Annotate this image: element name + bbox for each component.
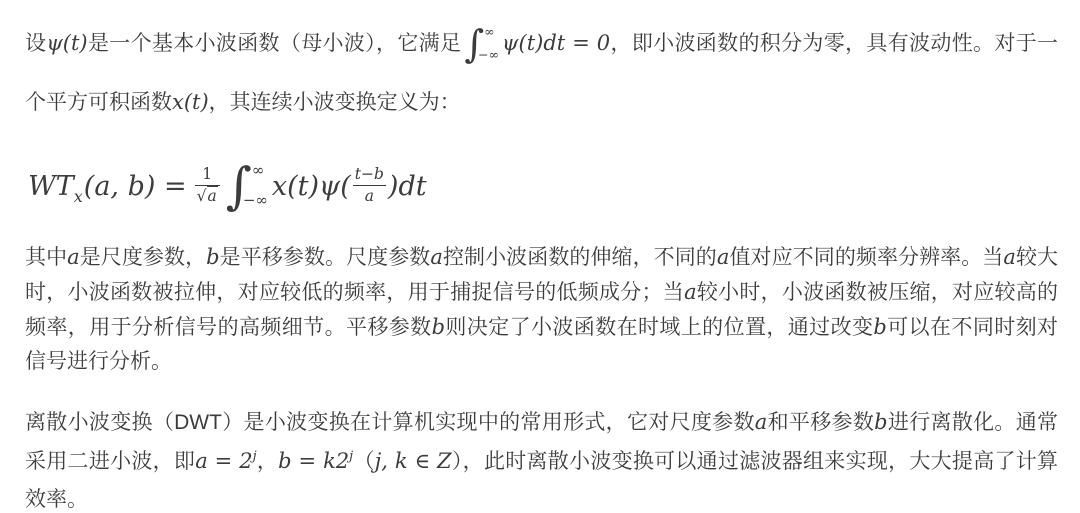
- document-page: 设ψ(t)是一个基本小波函数（母小波），它满足∫∞−∞ψ(t)dt = 0，即小…: [0, 0, 1080, 513]
- text-run: 是平移参数。尺度参数: [220, 246, 431, 269]
- math-run: a: [684, 280, 697, 304]
- formula-lhs-subscript: x: [74, 189, 83, 205]
- integral-lower-limit: −∞: [478, 49, 499, 62]
- formula-args: (a, b) =: [84, 173, 187, 200]
- fraction-bar: [353, 185, 386, 187]
- formula-tail: )dt: [388, 173, 427, 200]
- paragraph-wavelet-intro: 设ψ(t)是一个基本小波函数（母小波），它满足∫∞−∞ψ(t)dt = 0，即小…: [25, 14, 1058, 132]
- math-run: ψ(t)dt = 0: [502, 31, 610, 55]
- math-run: ψ(t): [46, 31, 87, 55]
- fraction-denominator: a: [363, 188, 376, 206]
- fraction-numerator: t−b: [353, 166, 386, 184]
- fraction-t-minus-b-over-a: t−b a: [353, 166, 386, 206]
- math-run: b: [206, 245, 219, 269]
- integral-lower-limit: −∞: [243, 193, 268, 208]
- paragraph-dwt: 离散小波变换（DWT）是小波变换在计算机实现中的常用形式，它对尺度参数a和平移参…: [25, 403, 1058, 513]
- text-run: 控制小波函数的伸缩，不同的: [443, 246, 717, 269]
- text-run: （: [353, 450, 375, 473]
- math-run: b: [432, 315, 445, 339]
- radicand: a: [207, 186, 218, 205]
- math-run: a = 2: [195, 449, 252, 473]
- math-run: a: [1003, 245, 1016, 269]
- text-run: ，其连续小波变换定义为：: [209, 91, 461, 114]
- text-run: 和平移参数: [767, 411, 874, 434]
- integral-sign: ∫∞−∞: [464, 24, 499, 64]
- paragraph-scale-translation-params: 其中a是尺度参数，b是平移参数。尺度参数a控制小波函数的伸缩，不同的a值对应不同…: [25, 240, 1058, 379]
- text-run: 离散小波变换（DWT）是小波变换在计算机实现中的常用形式，它对尺度参数: [25, 411, 755, 434]
- math-run: a: [717, 245, 730, 269]
- text-run: 设: [25, 32, 46, 55]
- radical-icon: √: [197, 187, 207, 205]
- fraction-one-over-sqrt-a: 1 √a: [195, 166, 220, 206]
- text-run: ，: [257, 450, 279, 473]
- math-run: a: [67, 245, 80, 269]
- formula-lhs-wt: WT: [28, 173, 74, 200]
- integral-upper-limit: ∞: [484, 26, 499, 39]
- math-run: b = k2: [278, 449, 349, 473]
- integral-limits: ∞ −∞: [252, 160, 268, 212]
- text-run: 其中: [25, 246, 67, 269]
- fraction-numerator: 1: [200, 166, 214, 184]
- math-run: b: [874, 410, 887, 434]
- integral-limits: ∞−∞: [484, 24, 499, 64]
- cwt-formula: WTx(a, b) = 1 √a ∫ ∞ −∞ x(t)ψ( t−b a )dt: [28, 158, 1058, 214]
- math-run: a: [755, 410, 768, 434]
- math-run: a: [430, 245, 443, 269]
- integral-upper-limit: ∞: [252, 163, 268, 178]
- text-run: 是尺度参数，: [80, 246, 206, 269]
- formula-lhs: WTx(a, b) =: [28, 173, 187, 200]
- text-run: 值对应不同的频率分辨率。当: [729, 246, 1003, 269]
- math-run: x(t): [172, 90, 209, 114]
- math-run: b: [873, 315, 886, 339]
- integral-sign: ∫ ∞ −∞: [226, 160, 268, 212]
- text-run: 则决定了小波函数在时域上的位置，通过改变: [445, 316, 873, 339]
- math-run: j, k ∈ Z: [375, 449, 452, 473]
- text-run: 是一个基本小波函数（母小波），它满足: [88, 32, 462, 55]
- fraction-denominator: √a: [195, 188, 220, 206]
- formula-integrand: x(t)ψ(: [272, 173, 351, 200]
